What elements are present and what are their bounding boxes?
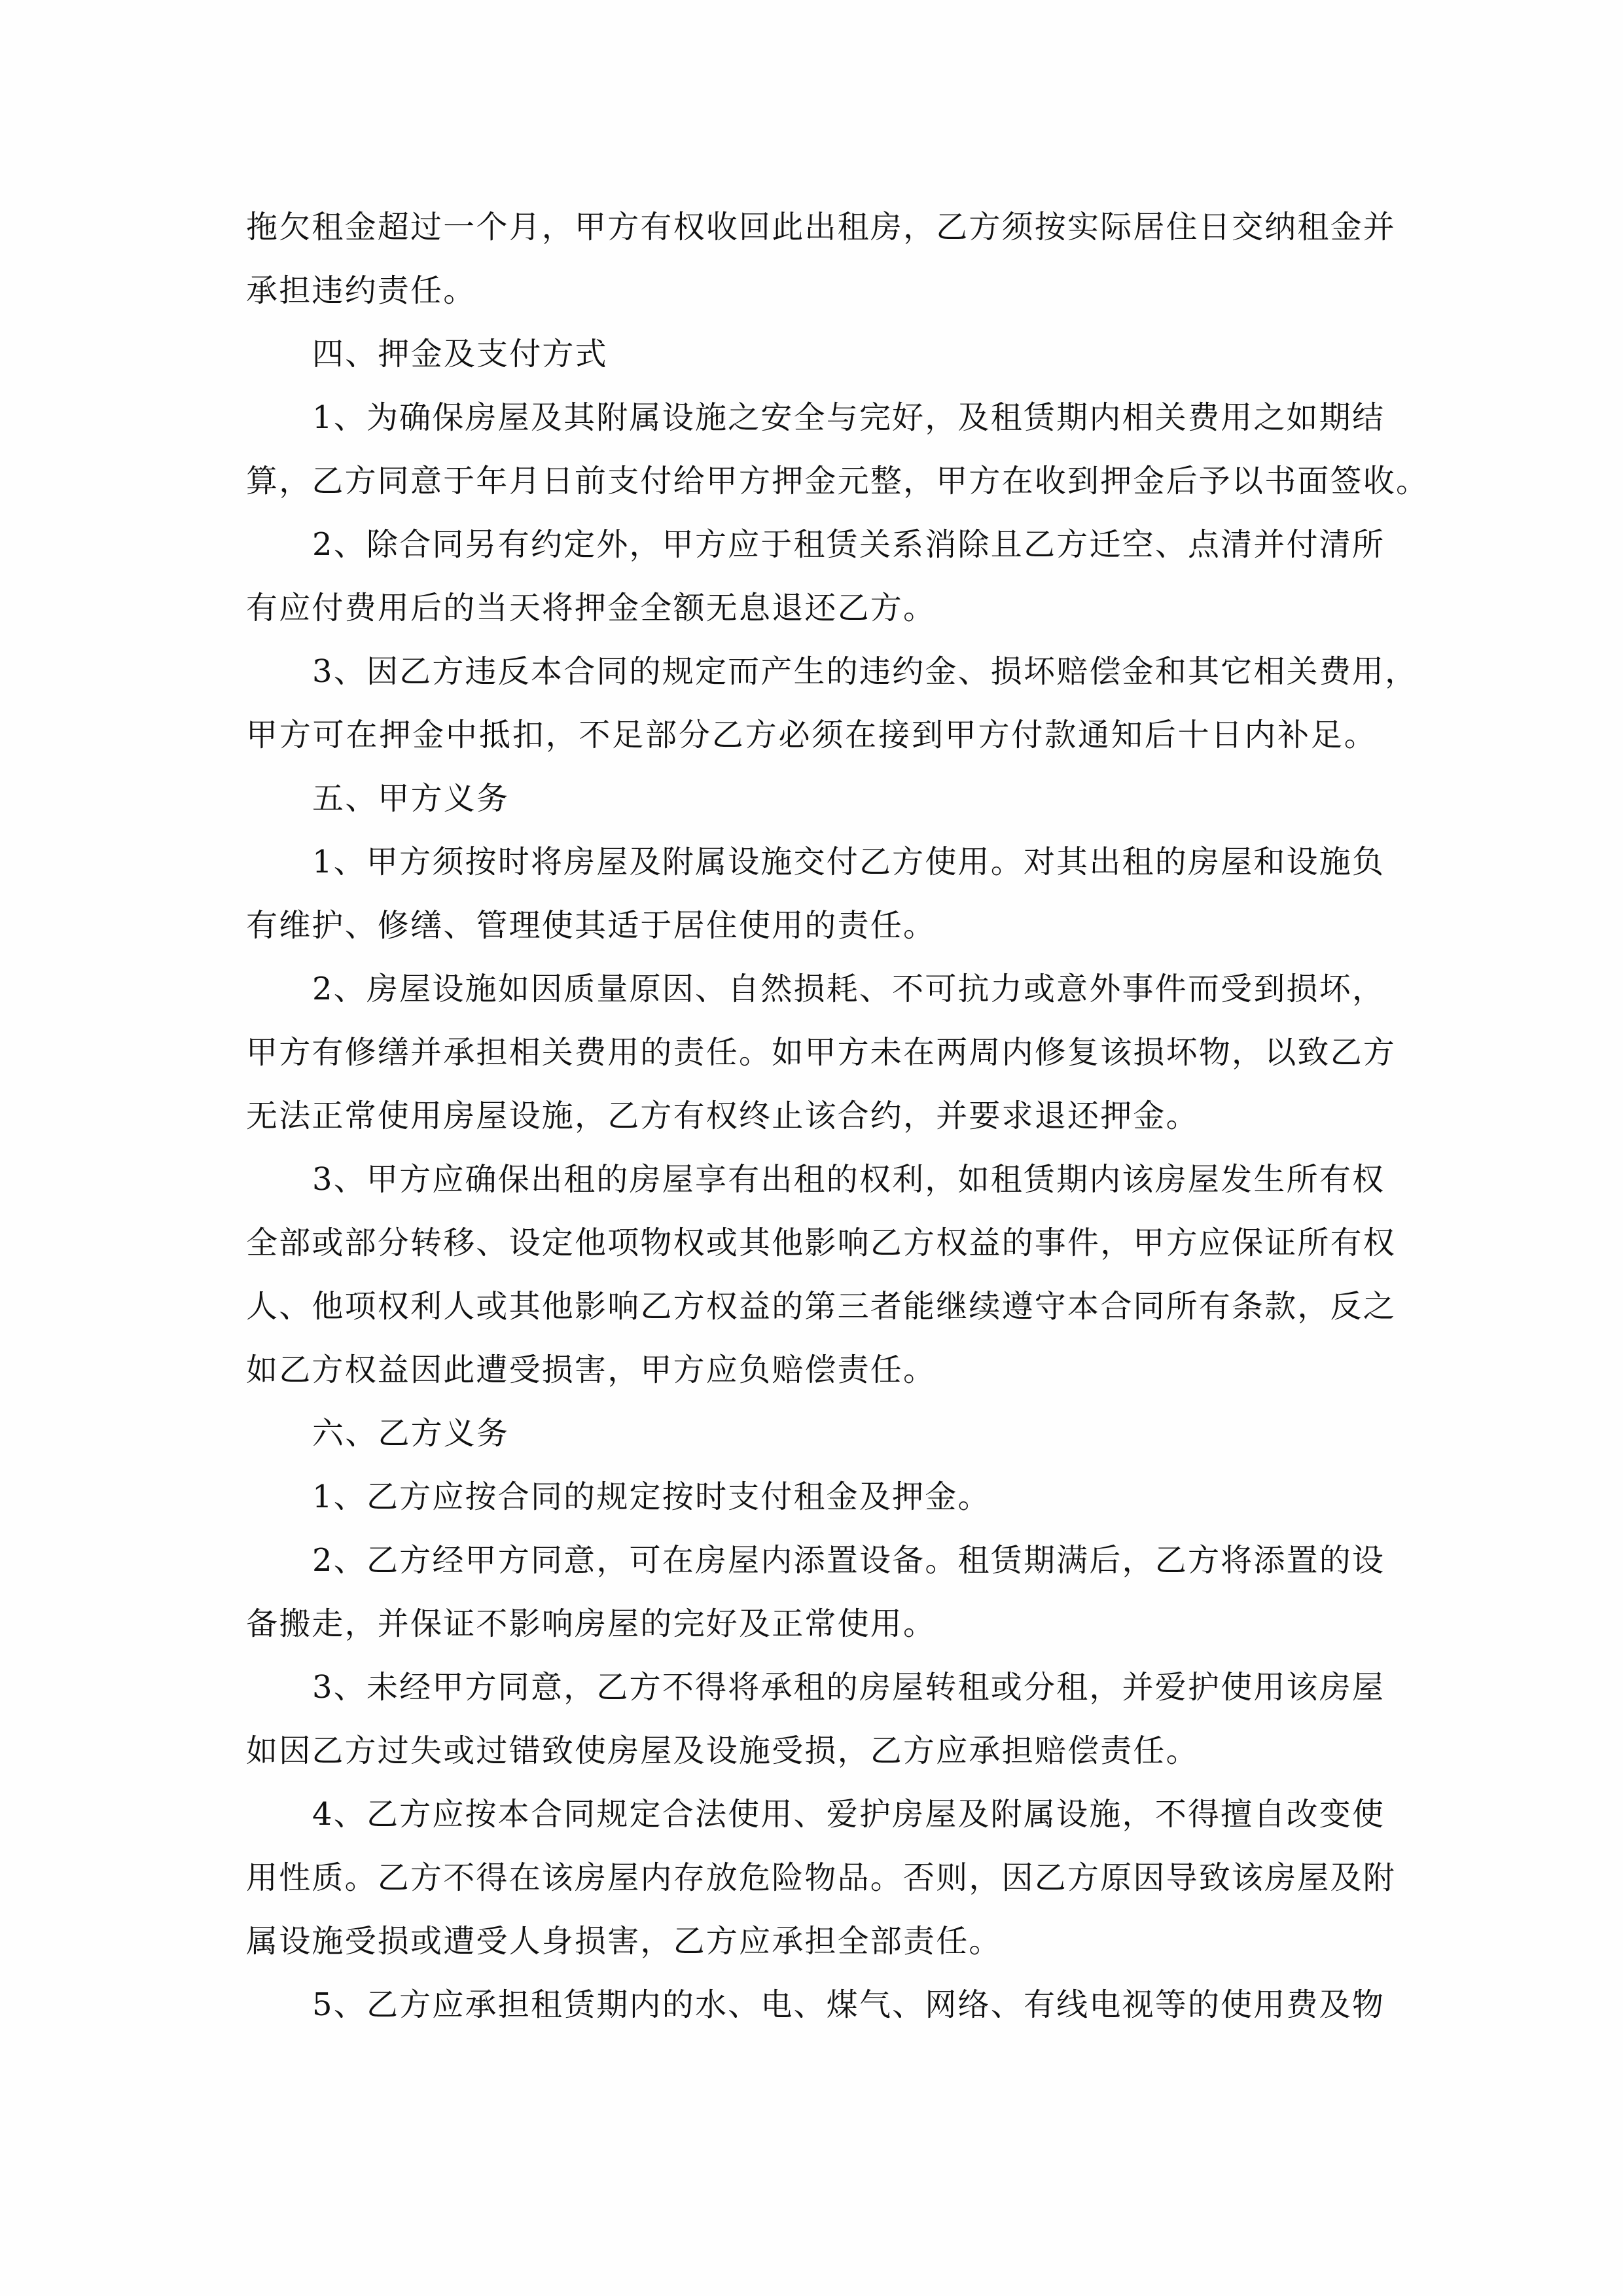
document-page: 拖欠租金超过一个月，甲方有权收回此出租房，乙方须按实际居住日交纳租金并 承担违约… [246, 206, 1377, 2047]
clause-first-line: 3、未经甲方同意，乙方不得将承租的房屋转租或分租，并爱护使用该房屋 [246, 1666, 1377, 1729]
section-heading-deposit: 四、押金及支付方式 [246, 332, 1377, 396]
text-line: 人、他项权利人或其他影响乙方权益的第三者能继续遵守本合同所有条款，反之 [246, 1285, 1377, 1348]
text-line: 如因乙方过失或过错致使房屋及设施受损，乙方应承担赔偿责任。 [246, 1729, 1377, 1793]
clause-first-line: 1、乙方应按合同的规定按时支付租金及押金。 [246, 1475, 1377, 1539]
clause-first-line: 5、乙方应承担租赁期内的水、电、煤气、网络、有线电视等的使用费及物 [246, 1983, 1377, 2047]
text-line: 甲方可在押金中抵扣，不足部分乙方必须在接到甲方付款通知后十日内补足。 [246, 713, 1377, 777]
clause-first-line: 2、房屋设施如因质量原因、自然损耗、不可抗力或意外事件而受到损坏， [246, 967, 1377, 1031]
clause-first-line: 1、为确保房屋及其附属设施之安全与完好，及租赁期内相关费用之如期结 [246, 396, 1377, 459]
text-line: 承担违约责任。 [246, 269, 1377, 332]
text-line: 有应付费用后的当天将押金全额无息退还乙方。 [246, 586, 1377, 650]
text-line: 属设施受损或遭受人身损害，乙方应承担全部责任。 [246, 1920, 1377, 1983]
text-line: 甲方有修缮并承担相关费用的责任。如甲方未在两周内修复该损坏物，以致乙方 [246, 1031, 1377, 1094]
clause-first-line: 2、除合同另有约定外，甲方应于租赁关系消除且乙方迁空、点清并付清所 [246, 523, 1377, 586]
text-line: 备搬走，并保证不影响房屋的完好及正常使用。 [246, 1602, 1377, 1666]
section-heading-party-b-obligations: 六、乙方义务 [246, 1412, 1377, 1475]
clause-first-line: 2、乙方经甲方同意，可在房屋内添置设备。租赁期满后，乙方将添置的设 [246, 1539, 1377, 1602]
text-line: 全部或部分转移、设定他项物权或其他影响乙方权益的事件，甲方应保证所有权 [246, 1221, 1377, 1285]
text-line: 拖欠租金超过一个月，甲方有权收回此出租房，乙方须按实际居住日交纳租金并 [246, 206, 1377, 269]
text-line: 用性质。乙方不得在该房屋内存放危险物品。否则，因乙方原因导致该房屋及附 [246, 1856, 1377, 1920]
text-line: 算，乙方同意于年月日前支付给甲方押金元整，甲方在收到押金后予以书面签收。 [246, 459, 1377, 523]
clause-first-line: 4、乙方应按本合同规定合法使用、爱护房屋及附属设施，不得擅自改变使 [246, 1793, 1377, 1856]
text-line: 有维护、修缮、管理使其适于居住使用的责任。 [246, 904, 1377, 967]
text-line: 如乙方权益因此遭受损害，甲方应负赔偿责任。 [246, 1348, 1377, 1412]
clause-first-line: 3、甲方应确保出租的房屋享有出租的权利，如租赁期内该房屋发生所有权 [246, 1158, 1377, 1221]
clause-first-line: 1、甲方须按时将房屋及附属设施交付乙方使用。对其出租的房屋和设施负 [246, 840, 1377, 904]
section-heading-party-a-obligations: 五、甲方义务 [246, 777, 1377, 840]
text-line: 无法正常使用房屋设施，乙方有权终止该合约，并要求退还押金。 [246, 1094, 1377, 1158]
clause-first-line: 3、因乙方违反本合同的规定而产生的违约金、损坏赔偿金和其它相关费用， [246, 650, 1377, 713]
